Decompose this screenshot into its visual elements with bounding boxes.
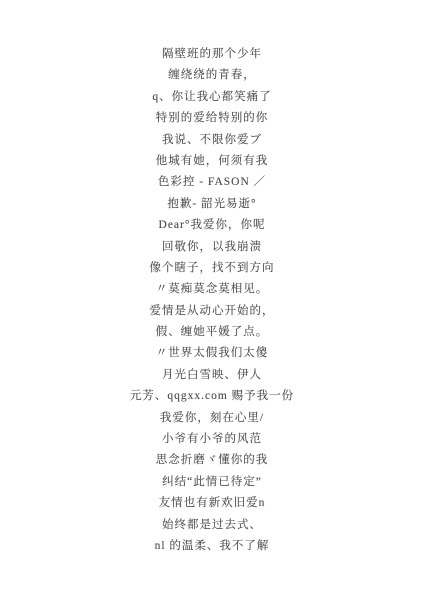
text-line: 爱情是从动心开始的， bbox=[0, 301, 424, 322]
text-line: 〃世界太假我们太傻 bbox=[0, 343, 424, 364]
text-line: 始终都是过去式、 bbox=[0, 515, 424, 536]
nickname-list: 隔壁班的那个少年缠绕绕的青春，q、你让我心都笑痛了特别的爱给特别的你我说、不限你… bbox=[0, 44, 424, 557]
text-line: 我说、不限你爱ブ bbox=[0, 130, 424, 151]
text-line: 假、缠她平媛了点。 bbox=[0, 322, 424, 343]
text-line: 他城有她，何须有我 bbox=[0, 151, 424, 172]
text-line: 缠绕绕的青春， bbox=[0, 65, 424, 86]
text-line: 元芳、qqgxx.com 赐予我一份 bbox=[0, 386, 424, 407]
text-line: 我爱你，刻在心里/ bbox=[0, 408, 424, 429]
text-line: 抱歉- 韶光易逝° bbox=[0, 194, 424, 215]
text-line: 〃莫痴莫念莫相见。 bbox=[0, 279, 424, 300]
text-line: q、你让我心都笑痛了 bbox=[0, 87, 424, 108]
text-line: 回敬你，以我崩溃 bbox=[0, 237, 424, 258]
text-line: 纠结“此情已待定” bbox=[0, 472, 424, 493]
text-line: 小爷有小爷的风范 bbox=[0, 429, 424, 450]
text-line: 月光白雪映、伊人 bbox=[0, 365, 424, 386]
text-line: 色彩控 - FASON ／ bbox=[0, 172, 424, 193]
text-line: 特别的爱给特别的你 bbox=[0, 108, 424, 129]
text-line: 隔壁班的那个少年 bbox=[0, 44, 424, 65]
document-page: 隔壁班的那个少年缠绕绕的青春，q、你让我心都笑痛了特别的爱给特别的你我说、不限你… bbox=[0, 0, 424, 600]
text-line: Dear°我爱你，你呢 bbox=[0, 215, 424, 236]
text-line: 友情也有新欢旧爱n bbox=[0, 493, 424, 514]
text-line: 像个瞎子，找不到方向 bbox=[0, 258, 424, 279]
text-line: 思念折磨ヾ懂你的我 bbox=[0, 450, 424, 471]
text-line: nl 的温柔、我不了解 bbox=[0, 536, 424, 557]
